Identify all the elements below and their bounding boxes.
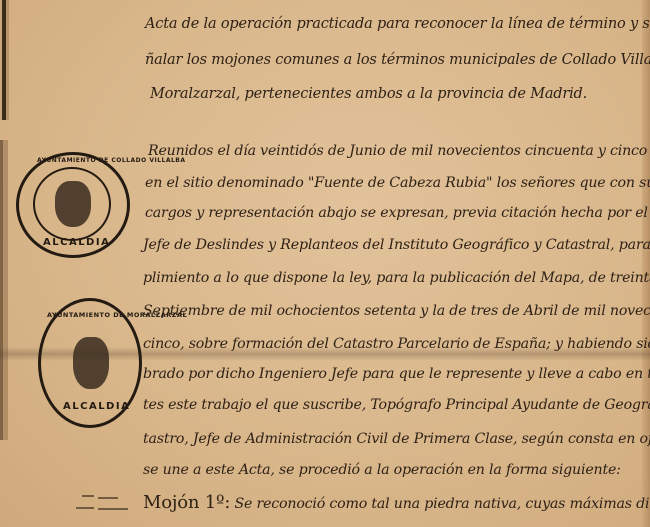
title-line-3: Moralzarzal, pertenecientes ambos a la p…	[150, 86, 587, 102]
mojon-1-line: Mojón 1º: Se reconoció como tal una pied…	[143, 492, 650, 513]
body-line-9: tes este trabajo el que suscribe, Topógr…	[143, 397, 650, 413]
body-line-1: Reunidos el día veintidós de Junio de mi…	[148, 143, 647, 159]
page-edge-right	[642, 0, 650, 527]
page-edge-shadow	[0, 140, 8, 440]
stamp-moralzarzal: AYUNTAMIENTO DE MORALZARZAL ALCALDIA	[38, 298, 142, 428]
eagle-coat-of-arms-icon	[73, 337, 109, 389]
stamp-bottom-text: ALCALDIA	[63, 401, 130, 412]
mojon-1-label: Mojón 1º:	[143, 492, 230, 513]
margin-dash	[76, 507, 94, 509]
body-line-2: en el sitio denominado "Fuente de Cabeza…	[145, 175, 650, 191]
document-page: Acta de la operación practicada para rec…	[0, 0, 650, 527]
stamp-collado-villalba: AYUNTAMIENTO DE COLLADO VILLALBA ALCALDI…	[16, 152, 130, 258]
title-line-1: Acta de la operación practicada para rec…	[145, 16, 650, 32]
body-line-8: brado por dicho Ingeniero Jefe para que …	[143, 366, 650, 382]
body-line-6: Septiembre de mil ochocientos setenta y …	[143, 303, 650, 319]
stamp-ring-text: AYUNTAMIENTO DE MORALZARZAL	[47, 311, 187, 319]
body-line-5: plimiento a lo que dispone la ley, para …	[143, 270, 650, 286]
page-edge-left	[0, 0, 9, 120]
body-line-4: Jefe de Deslindes y Replanteos del Insti…	[143, 237, 650, 253]
body-line-11: se une a este Acta, se procedió a la ope…	[143, 462, 621, 478]
stamp-ring-text: AYUNTAMIENTO DE COLLADO VILLALBA	[37, 157, 186, 164]
body-line-10: tastro, Jefe de Administración Civil de …	[143, 431, 650, 447]
mojon-1-text: Se reconoció como tal una piedra nativa,…	[235, 496, 650, 512]
margin-dash	[98, 508, 128, 510]
stamp-bottom-text: ALCALDIA	[43, 237, 110, 248]
body-line-3: cargos y representación abajo se expresa…	[145, 205, 650, 221]
body-line-7: cinco, sobre formación del Catastro Parc…	[143, 336, 650, 352]
margin-dash	[98, 497, 118, 499]
coat-of-arms-icon	[55, 181, 91, 227]
margin-dash	[82, 495, 94, 497]
title-line-2: ñalar los mojones comunes a los términos…	[145, 52, 650, 68]
